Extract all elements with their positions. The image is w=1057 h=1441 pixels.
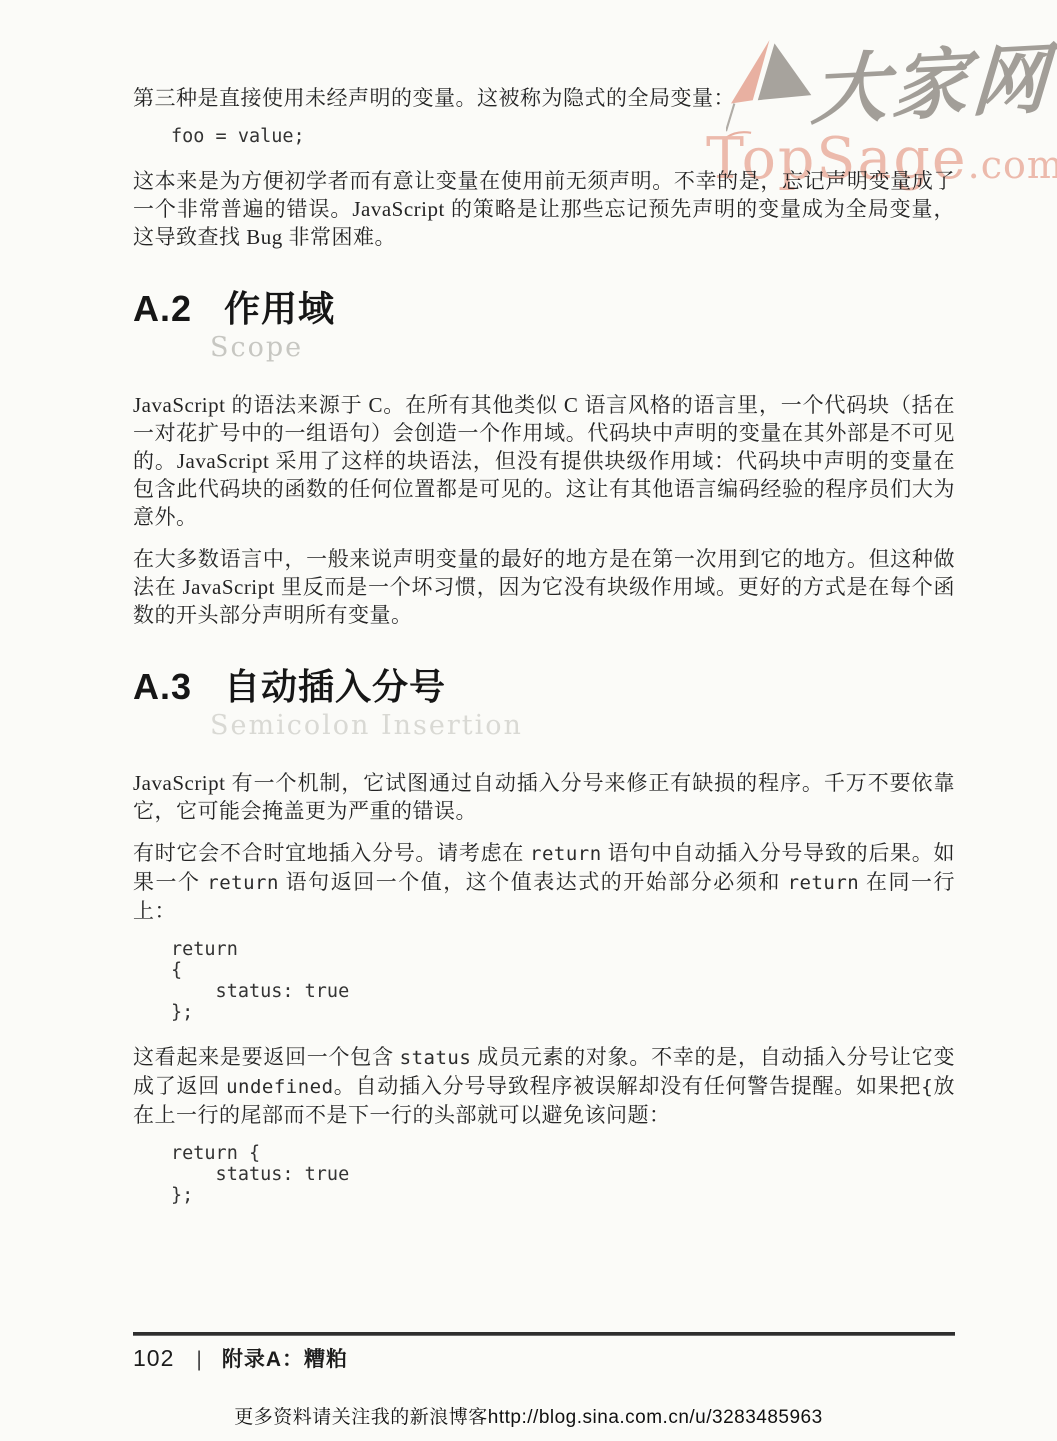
section-heading: A.2 作用域: [133, 287, 955, 331]
paragraph-implied-globals: 第三种是直接使用未经声明的变量。这被称为隐式的全局变量：: [133, 84, 955, 112]
blog-note: 更多资料请关注我的新浪博客http://blog.sina.com.cn/u/3…: [0, 1402, 1057, 1429]
inline-code: return: [207, 872, 279, 894]
section-number: A.3: [133, 665, 192, 709]
section-a3-semicolon-insertion: A.3 自动插入分号 Semicolon Insertion JavaScrip…: [133, 665, 955, 1206]
inline-code: undefined: [226, 1076, 333, 1098]
footer-rule: [133, 1332, 955, 1336]
text-run: 这本来是为方便初学者而有意让变量在使用前无须声明。不幸的是，忘记声明变量成了一个…: [133, 169, 955, 249]
paragraph-asi-1: JavaScript 有一个机制，它试图通过自动插入分号来修正有缺损的程序。千万…: [133, 769, 955, 825]
section-a2-scope: A.2 作用域 Scope JavaScript 的语法来源于 C。在所有其他类…: [133, 287, 955, 629]
section-title: 作用域: [224, 287, 335, 331]
section-title: 自动插入分号: [224, 665, 446, 709]
text-run: 。自动插入分号导致程序被误解却没有任何警告提醒。如果把: [334, 1074, 922, 1098]
text-run: JavaScript 的语法来源于 C。在所有其他类似 C 语言风格的语言里，一…: [133, 393, 955, 529]
text-run: 这看起来是要返回一个包含: [133, 1045, 400, 1069]
code-sample-implied-global: foo = value;: [171, 126, 955, 147]
paragraph-scope-2: 在大多数语言中，一般来说声明变量的最好的地方是在第一次用到它的地方。但这种做法在…: [133, 545, 955, 629]
section-heading: A.3 自动插入分号: [133, 665, 955, 709]
inline-code: return: [530, 843, 602, 865]
text-run: 第三种是直接使用未经声明的变量。这被称为隐式的全局变量：: [133, 86, 735, 110]
paragraph-asi-2: 有时它会不合时宜地插入分号。请考虑在 return 语句中自动插入分号导致的后果…: [133, 839, 955, 925]
code-sample-return-fixed: return { status: true };: [171, 1143, 955, 1206]
footer-separator: |: [196, 1348, 201, 1372]
paragraph-asi-3: 这看起来是要返回一个包含 status 成员元素的对象。不幸的是，自动插入分号让…: [133, 1043, 955, 1129]
text-run: JavaScript 有一个机制，它试图通过自动插入分号来修正有缺损的程序。千万…: [133, 771, 955, 823]
chapter-label: 附录A：糟粕: [222, 1343, 348, 1373]
page: 大家网 TopSage.com 第三种是直接使用未经声明的变量。这被称为隐式的全…: [0, 0, 1057, 1441]
code-sample-return-broken: return { status: true };: [171, 939, 955, 1023]
text-run: 语句返回一个值，这个值表达式的开始部分必须和: [279, 870, 788, 894]
inline-code: {: [921, 1076, 933, 1098]
page-number: 102: [133, 1345, 174, 1372]
page-footer: 102 | 附录A：糟粕: [133, 1332, 955, 1373]
section-subtitle-english: Scope: [210, 333, 955, 363]
section-subtitle-english: Semicolon Insertion: [210, 711, 955, 741]
paragraph-scope-1: JavaScript 的语法来源于 C。在所有其他类似 C 语言风格的语言里，一…: [133, 391, 955, 531]
section-number: A.2: [133, 287, 192, 331]
inline-code: status: [400, 1047, 472, 1069]
inline-code: return: [788, 872, 860, 894]
paragraph-global-variables-problem: 这本来是为方便初学者而有意让变量在使用前无须声明。不幸的是，忘记声明变量成了一个…: [133, 167, 955, 251]
page-content: 第三种是直接使用未经声明的变量。这被称为隐式的全局变量： foo = value…: [0, 0, 1057, 1206]
text-run: 有时它会不合时宜地插入分号。请考虑在: [133, 841, 530, 865]
text-run: 在大多数语言中，一般来说声明变量的最好的地方是在第一次用到它的地方。但这种做法在…: [133, 547, 955, 627]
footer-row: 102 | 附录A：糟粕: [133, 1343, 955, 1373]
